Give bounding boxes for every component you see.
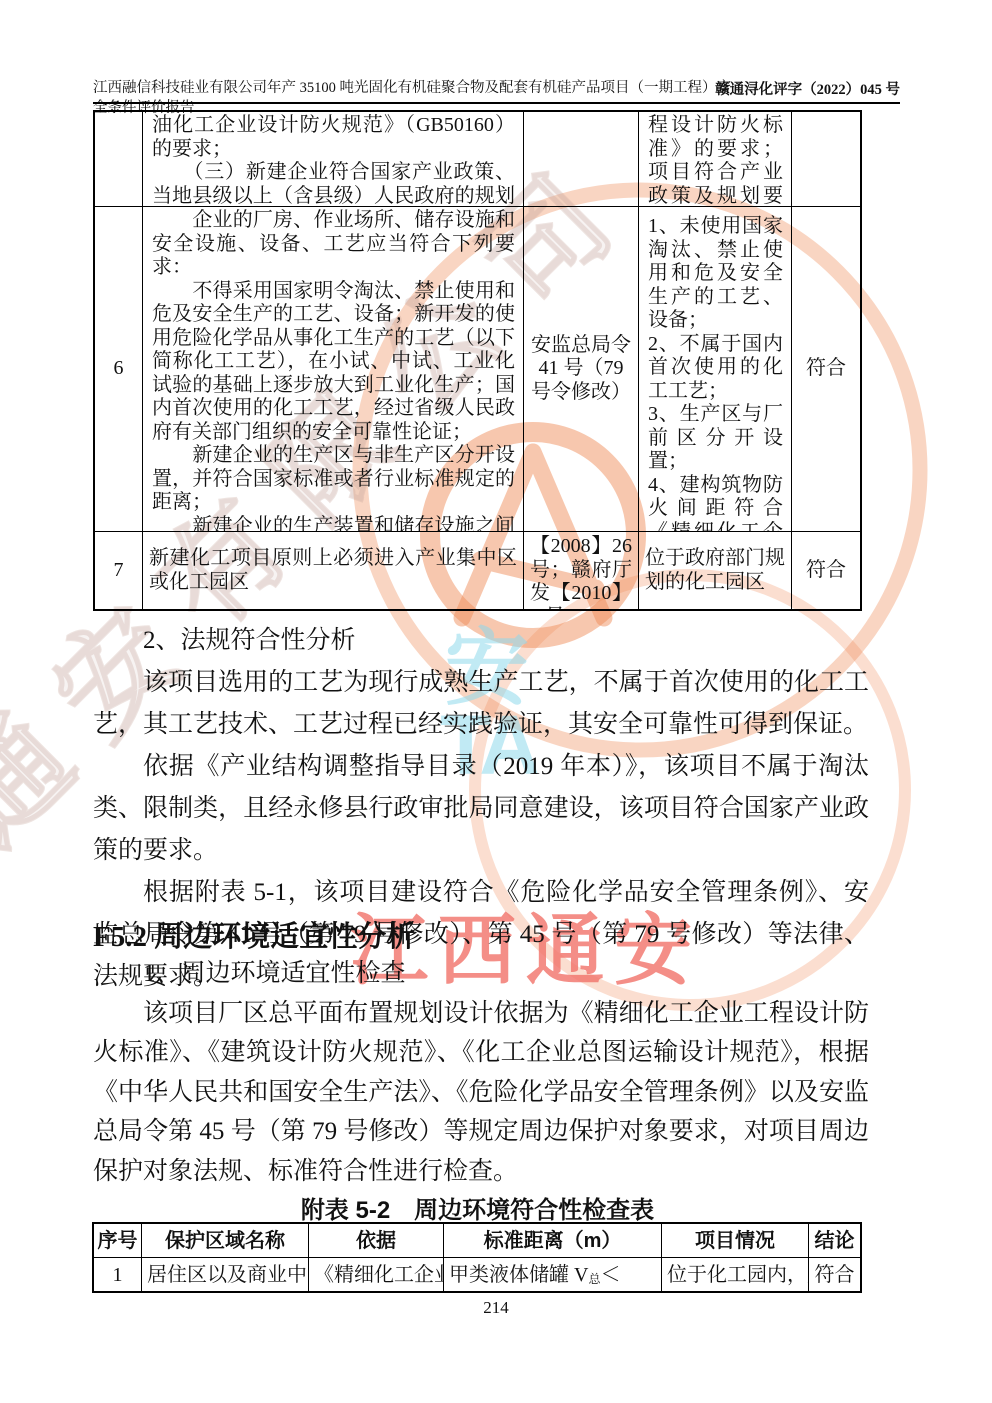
- env-table: 序号 保护区域名称 依据 标准距离（m） 项目情况 结论 1 居住区以及商业中 …: [92, 1222, 862, 1293]
- conclusion-cell: 符合: [792, 532, 860, 609]
- paragraph: 该项目厂区总平面布置规划设计依据为《精细化工企业工程设计防火标准》、《建筑设计防…: [93, 994, 869, 1192]
- conclusion-cell: 符合: [792, 207, 860, 532]
- requirement-cell: 企业的厂房、作业场所、储存设施和安全设施、设备、工艺应当符合下列要求： 不得采用…: [143, 207, 524, 532]
- basis-cell: [524, 112, 639, 207]
- env-row-conclusion: 符合: [809, 1258, 860, 1291]
- row-number-cell: 7: [95, 532, 143, 609]
- header-divider: [93, 102, 900, 104]
- conclusion-cell: [792, 112, 860, 207]
- distance-operator: ＜: [600, 1264, 620, 1286]
- env-row-basis: 《精细化工企业: [309, 1258, 444, 1291]
- page-number: 214: [0, 1298, 992, 1318]
- env-row-number: 1: [94, 1258, 142, 1291]
- basis-cell: 安监总局令 41 号（79 号令修改）: [524, 207, 639, 532]
- env-row-situation: 位于化工园内，周: [662, 1258, 809, 1291]
- environment-sub-heading: 1、周边环境适宜性检查: [93, 954, 869, 994]
- checklist-table: 油化工企业设计防火规范》（GB50160）的要求； （三）新建企业符合国家产业政…: [93, 110, 862, 611]
- project-situation-cell: 位于政府部门规划的化工园区: [639, 532, 792, 609]
- env-row-area: 居住区以及商业中: [142, 1258, 309, 1291]
- col-header-situation: 项目情况: [662, 1224, 809, 1258]
- document-number: 赣通浔化评字（2022）045 号: [715, 78, 900, 99]
- paragraph: 该项目选用的工艺为现行成熟生产工艺，不属于首次使用的化工工艺，其工艺技术、工艺过…: [93, 662, 869, 746]
- section-f52-heading: F5.2 周边环境适宜性分析: [93, 914, 793, 955]
- col-header-area: 保护区域名称: [142, 1224, 309, 1258]
- requirement-cell: 油化工企业设计防火规范》（GB50160）的要求； （三）新建企业符合国家产业政…: [143, 112, 524, 207]
- requirement-cell: 新建化工项目原则上必须进入产业集中区或化工园区: [143, 532, 524, 609]
- project-situation-cell: 1、未使用国家淘汰、禁止使用和危及安全生产的工艺、设备； 2、不属于国内首次使用…: [639, 207, 792, 532]
- col-header-no: 序号: [94, 1224, 142, 1258]
- distance-prefix: 甲类液体储罐 V: [449, 1264, 588, 1286]
- law-section-heading: 2、法规符合性分析: [93, 620, 869, 662]
- distance-subscript: 总: [588, 1268, 600, 1290]
- project-situation-cell: 程设计防火标准》的要求；项目符合产业政策及规划要求: [639, 112, 792, 207]
- row-number-cell: 6: [95, 207, 143, 532]
- col-header-conclusion: 结论: [809, 1224, 860, 1258]
- paragraph: 依据《产业结构调整指导目录（2019 年本）》，该项目不属于淘汰类、限制类，且经…: [93, 746, 869, 872]
- environment-section: 1、周边环境适宜性检查 该项目厂区总平面布置规划设计依据为《精细化工企业工程设计…: [93, 954, 869, 1191]
- env-row-distance: 甲类液体储罐 V 总 ＜: [444, 1258, 662, 1291]
- row-number-cell: [95, 112, 143, 207]
- basis-cell: 安委办【2008】26 号；赣府厅发【2010】3 号: [524, 532, 639, 609]
- col-header-basis: 依据: [309, 1224, 444, 1258]
- report-page: 江西通安有限公司 安 TA 江西通安 江西融信科技硅业有限公司年产 35100 …: [0, 0, 992, 1403]
- col-header-distance: 标准距离（m）: [444, 1224, 662, 1258]
- env-table-caption: 附表 5-2 周边环境符合性检查表: [93, 1190, 862, 1225]
